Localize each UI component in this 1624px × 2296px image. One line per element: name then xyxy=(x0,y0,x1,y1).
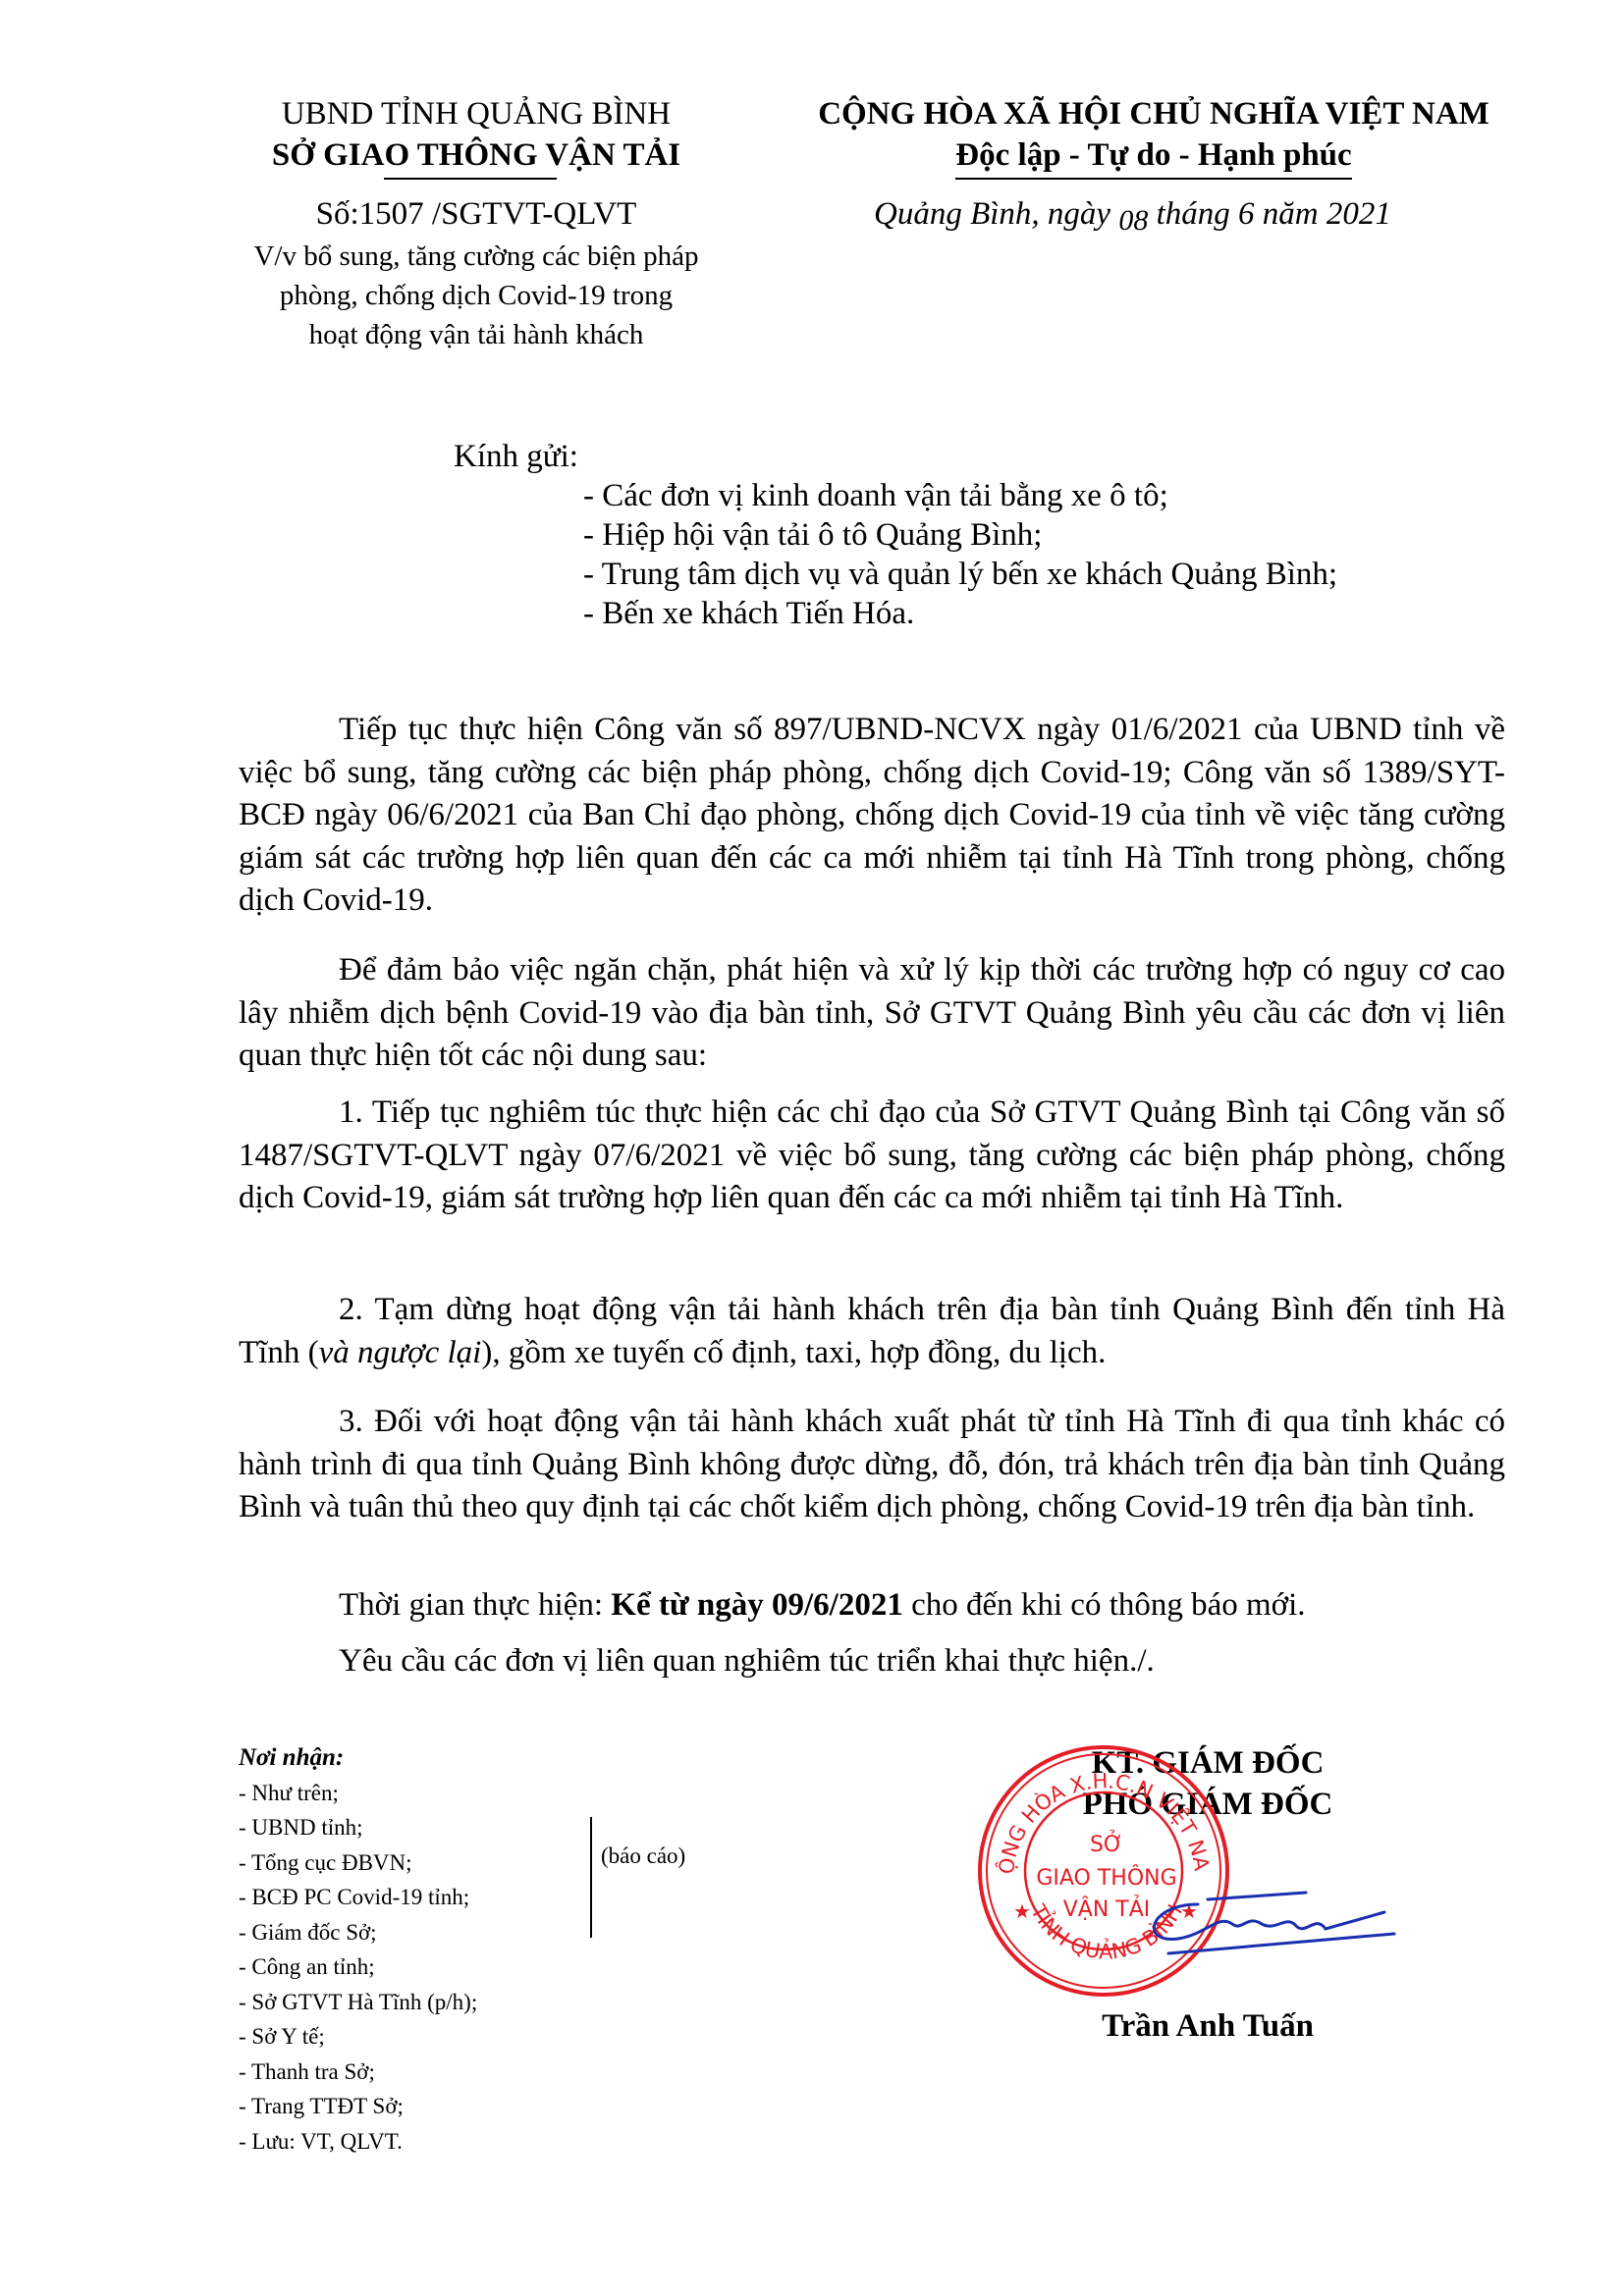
effective-time: Thời gian thực hiện: Kể từ ngày 09/6/202… xyxy=(239,1584,1505,1628)
directive-item-3: 3. Đối với hoạt động vận tải hành khách … xyxy=(239,1401,1505,1529)
signer-name: Trần Anh Tuấn xyxy=(1021,2008,1394,2045)
distribution-item: - Sở GTVT Hà Tĩnh (p/h); xyxy=(239,1985,477,2020)
subject-line-2: phòng, chống dịch Covid-19 trong xyxy=(201,276,751,315)
recipients-list: - Các đơn vị kinh doanh vận tải bằng xe … xyxy=(583,476,1337,633)
directive-item-1: 1. Tiếp tục nghiêm túc thực hiện các chỉ… xyxy=(239,1092,1505,1220)
time-rest: cho đến khi có thông báo mới. xyxy=(903,1587,1306,1623)
distribution-item: - Công an tỉnh; xyxy=(239,1949,477,1985)
document-date: Quảng Bình, ngày 08 tháng 6 năm 2021 xyxy=(766,193,1542,236)
date-day: 08 xyxy=(1118,204,1148,237)
closing-line: Yêu cầu các đơn vị liên quan nghiêm túc … xyxy=(239,1640,1505,1683)
distribution-list: Nơi nhận: - Như trên; - UBND tỉnh; - Tổn… xyxy=(239,1740,477,2159)
body-paragraph-2: Để đảm bảo việc ngăn chặn, phát hiện và … xyxy=(239,949,1505,1078)
document-number: Số:1507 /SGTVT-QLVT xyxy=(201,193,751,235)
date-suffix: tháng 6 năm 2021 xyxy=(1148,196,1391,232)
recipient-item: - Hiệp hội vận tải ô tô Quảng Bình; xyxy=(583,515,1337,555)
issuer-block: UBND TỈNH QUẢNG BÌNH SỞ GIAO THÔNG VẬN T… xyxy=(201,93,751,354)
svg-text:★: ★ xyxy=(1013,1899,1031,1923)
handwritten-signature-icon xyxy=(1129,1885,1404,1963)
svg-text:SỞ: SỞ xyxy=(1090,1830,1123,1857)
national-header: CỘNG HÒA XÃ HỘI CHỦ NGHĨA VIỆT NAM Độc l… xyxy=(766,93,1542,236)
distribution-item: - Tổng cục ĐBVN; xyxy=(239,1845,477,1881)
bracket-line xyxy=(590,1817,592,1938)
recipient-item: - Trung tâm dịch vụ và quản lý bến xe kh… xyxy=(583,555,1337,594)
recipients-label: Kính gửi: xyxy=(454,437,578,476)
recipient-item: - Các đơn vị kinh doanh vận tải bằng xe … xyxy=(583,476,1337,515)
report-note: (báo cáo) xyxy=(601,1843,685,1869)
body-paragraph-1: Tiếp tục thực hiện Công văn số 897/UBND-… xyxy=(239,709,1505,923)
national-title: CỘNG HÒA XÃ HỘI CHỦ NGHĨA VIỆT NAM xyxy=(766,93,1542,134)
recipient-item: - Bến xe khách Tiến Hóa. xyxy=(583,594,1337,633)
issuer-agency: UBND TỈNH QUẢNG BÌNH xyxy=(201,93,751,134)
distribution-item: - Lưu: VT, QLVT. xyxy=(239,2124,477,2160)
item2-text-end: ), gồm xe tuyến cố định, taxi, hợp đồng,… xyxy=(481,1335,1106,1370)
distribution-item: - Thanh tra Sở; xyxy=(239,2055,477,2090)
time-start: Kể từ ngày 09/6/2021 xyxy=(611,1587,903,1623)
distribution-item: - UBND tỉnh; xyxy=(239,1810,477,1845)
distribution-item: - Giám đốc Sở; xyxy=(239,1915,477,1950)
distribution-item: - BCĐ PC Covid-19 tỉnh; xyxy=(239,1880,477,1915)
national-motto: Độc lập - Tự do - Hạnh phúc xyxy=(955,134,1351,180)
subject-line-1: V/v bổ sung, tăng cường các biện pháp xyxy=(201,237,751,276)
distribution-item: - Sở Y tế; xyxy=(239,2019,477,2055)
issuer-department: SỞ GIAO THÔNG VẬN TẢI xyxy=(201,134,751,176)
item2-italic: và ngược lại xyxy=(319,1335,482,1370)
directive-item-2: 2. Tạm dừng hoạt động vận tải hành khách… xyxy=(239,1289,1505,1374)
time-label: Thời gian thực hiện: xyxy=(339,1587,611,1623)
distribution-title: Nơi nhận: xyxy=(239,1740,477,1776)
department-underline xyxy=(384,178,557,180)
distribution-item: - Như trên; xyxy=(239,1776,477,1811)
date-prefix: Quảng Bình, ngày xyxy=(874,196,1118,232)
distribution-item: - Trang TTĐT Sở; xyxy=(239,2089,477,2124)
subject-line-3: hoạt động vận tải hành khách xyxy=(201,315,751,354)
